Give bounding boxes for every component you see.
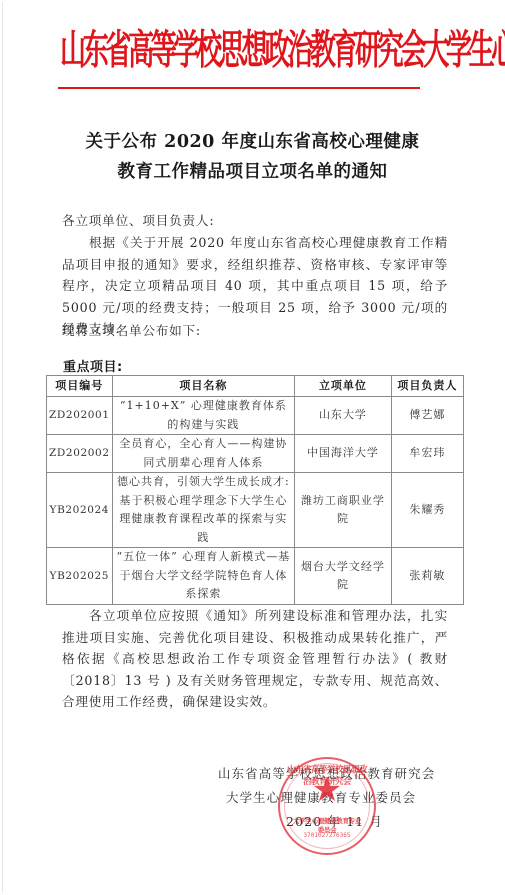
section-label-key-projects: 重点项目: — [63, 356, 123, 375]
body-paragraph-2: 各立项单位应按照《通知》所列建设标准和管理办法，扎实推进项目实施、完善优化项目建… — [62, 605, 448, 713]
cell-name: “1+10+X” 心理健康教育体系的构建与实践 — [112, 397, 295, 435]
header-code: 项目编号 — [47, 376, 113, 397]
cell-unit: 潍坊工商职业学院 — [295, 473, 392, 548]
document-title-line-2: 教育工作精品项目立项名单的通知 — [0, 158, 505, 183]
table-row: YB202024 德心共育，引领大学生成长成才: 基于积极心理学理念下大学生心理… — [47, 473, 464, 548]
letterhead-rule — [58, 87, 420, 89]
list-intro: 现将立项名单公布如下: — [62, 320, 448, 342]
cell-unit: 山东大学 — [295, 397, 392, 435]
star-icon: ★ — [310, 773, 344, 807]
table-row: ZD202002 全员育心，全心育人——构建协同式朋辈心理育人体系 中国海洋大学… — [47, 435, 464, 473]
header-leader: 项目负责人 — [391, 376, 463, 397]
cell-code: ZD202001 — [47, 397, 113, 435]
official-seal: 山东省高等学校思想政治教育研究会 ★ 大学生心理健康教育专业委员会 370102… — [278, 757, 376, 855]
header-name: 项目名称 — [112, 376, 295, 397]
table-row: YB202025 “五位一体” 心理育人新模式—基于烟台大学文经学院特色育人体系… — [47, 548, 464, 605]
table-header-row: 项目编号 项目名称 立项单位 项目负责人 — [47, 376, 464, 397]
projects-table: 项目编号 项目名称 立项单位 项目负责人 ZD202001 “1+10+X” 心… — [46, 375, 464, 605]
document-title-line-1: 关于公布 2020 年度山东省高校心理健康 — [0, 128, 505, 153]
cell-leader: 朱耀秀 — [391, 473, 463, 548]
cell-code: YB202025 — [47, 548, 113, 605]
cell-leader: 傅艺娜 — [391, 397, 463, 435]
cell-unit: 烟台大学文经学院 — [295, 548, 392, 605]
salutation: 各立项单位、项目负责人: — [62, 210, 448, 232]
cell-leader: 牟宏玮 — [391, 435, 463, 473]
cell-name: 全员育心，全心育人——构建协同式朋辈心理育人体系 — [112, 435, 295, 473]
cell-name: “五位一体” 心理育人新模式—基于烟台大学文经学院特色育人体系探索 — [112, 548, 295, 605]
table-row: ZD202001 “1+10+X” 心理健康教育体系的构建与实践 山东大学 傅艺… — [47, 397, 464, 435]
seal-code: 3701027276365 — [294, 832, 360, 839]
cell-code: YB202024 — [47, 473, 113, 548]
header-unit: 立项单位 — [295, 376, 392, 397]
cell-leader: 张莉敏 — [391, 548, 463, 605]
cell-name: 德心共育，引领大学生成长成才: 基于积极心理学理念下大学生心理健康教育课程改革的… — [112, 473, 295, 548]
cell-code: ZD202002 — [47, 435, 113, 473]
cell-unit: 中国海洋大学 — [295, 435, 392, 473]
letterhead-title: 山东省高等学校思想政治教育研究会大学生心理健康教育专委会 — [60, 6, 450, 96]
